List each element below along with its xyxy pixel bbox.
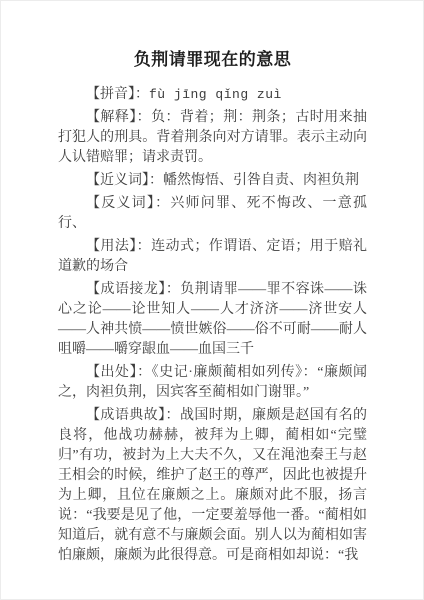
paragraph-idiom-chain: 【成语接龙】：负荆请罪——罪不容诛——诛心之论——论世知人——人才济济——济世安… (58, 280, 367, 360)
paragraph-source: 【出处】：《史记·廉颇蔺相如列传》：“廉颇闻之，肉袒负荆，因宾客至蔺相如门谢罪。… (58, 363, 367, 403)
paragraph-antonyms: 【反义词】：兴师问罪、死不悔改、一意孤行、 (58, 194, 367, 234)
paragraph-synonyms: 【近义词】：幡然悔悟、引咎自责、肉袒负荆 (58, 171, 367, 191)
document-page: 负荆请罪现在的意思 【拼音】：fù jīng qǐng zuì 【解释】：负：背… (0, 0, 424, 600)
paragraph-pinyin: 【拼音】：fù jīng qǐng zuì (58, 85, 367, 105)
page-title: 负荆请罪现在的意思 (58, 45, 367, 70)
pinyin-value: fù jīng qǐng zuì (149, 87, 282, 102)
paragraph-usage: 【用法】：连动式；作谓语、定语；用于赔礼道歉的场合 (58, 237, 367, 277)
pinyin-label: 【拼音】： (86, 87, 149, 102)
paragraph-story: 【成语典故】：战国时期，廉颇是赵国有名的良将，他战功赫赫，被拜为上卿，蔺相如“完… (58, 406, 367, 566)
paragraph-explanation: 【解释】：负：背着；荆：荆条；古时用来抽打犯人的刑具。背着荆条向对方请罪。表示主… (58, 108, 367, 168)
